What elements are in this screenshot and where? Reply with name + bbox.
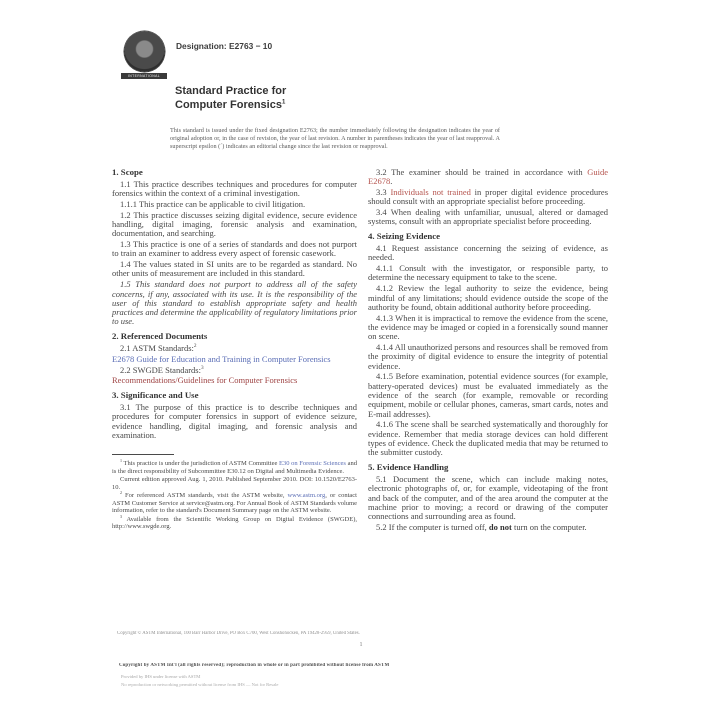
copyright-line: Copyright © ASTM International, 100 Barr… [117, 631, 457, 636]
document-page: INTERNATIONAL Designation: E2763 − 10 St… [0, 0, 722, 722]
paragraph-1-5: 1.5 This standard does not purport to ad… [112, 280, 357, 326]
footnote-2-text: For referenced ASTM standards, visit the… [122, 492, 287, 499]
paragraph-5-2: 5.2 If the computer is turned off, do no… [368, 523, 608, 532]
paragraph-5-2-text: 5.2 If the computer is turned off, [376, 522, 489, 532]
section-4-heading: 4. Seizing Evidence [368, 232, 608, 241]
title-line-2: Computer Forensics [175, 99, 282, 111]
paragraph-2-1: 2.1 ASTM Standards:2 [112, 344, 357, 353]
section-2-heading: 2. Referenced Documents [112, 332, 357, 341]
section-5-heading: 5. Evidence Handling [368, 463, 608, 472]
swgde-guidelines-link[interactable]: Recommendations/Guidelines for Computer … [112, 375, 297, 385]
footnote-3: 3 Available from the Scientific Working … [112, 516, 357, 531]
paragraph-4-1-6: 4.1.6 The scene shall be searched system… [368, 420, 608, 457]
footnote-2: 2 For referenced ASTM standards, visit t… [112, 492, 357, 514]
license-stamp-line-3: No reproduction or networking permitted … [121, 682, 461, 687]
paragraph-1-1-1: 1.1.1 This practice can be applicable to… [112, 200, 357, 209]
paragraph-5-2-emphasis: do not [489, 522, 512, 532]
paragraph-3-2-text: 3.2 The examiner should be trained in ac… [376, 167, 587, 177]
paragraph-3-3: 3.3 Individuals not trained in proper di… [368, 188, 608, 207]
paragraph-4-1-2: 4.1.2 Review the legal authority to seiz… [368, 284, 608, 312]
title-line-1: Standard Practice for [175, 85, 286, 97]
footnote-1: 1 This practice is under the jurisdictio… [112, 460, 357, 475]
paragraph-4-1-1: 4.1.1 Consult with the investigator, or … [368, 264, 608, 283]
license-stamp-line-2: Provided by IHS under license with ASTM [121, 674, 451, 679]
paragraph-5-1: 5.1 Document the scene, which can includ… [368, 475, 608, 521]
right-column: 3.2 The examiner should be trained in ac… [368, 168, 608, 534]
footnote-3-text: Available from the Scientific Working Gr… [112, 516, 357, 530]
title-footnote-marker: 1 [282, 99, 285, 105]
footnote-separator-rule [112, 454, 174, 455]
footnote-2-marker: 2 [194, 343, 197, 349]
section-1-heading: 1. Scope [112, 168, 357, 177]
footnote-1-edition: Current edition approved Aug. 1, 2010. P… [112, 476, 357, 491]
page-number: 1 [0, 642, 722, 648]
paragraph-4-1: 4.1 Request assistance concerning the se… [368, 244, 608, 263]
swgde-reference-item: Recommendations/Guidelines for Computer … [112, 376, 357, 385]
standard-disclaimer: This standard is issued under the fixed … [170, 127, 500, 151]
paragraph-3-4: 3.4 When dealing with unfamiliar, unusua… [368, 208, 608, 227]
paragraph-4-1-5: 4.1.5 Before examination, potential evid… [368, 372, 608, 418]
left-column: 1. Scope 1.1 This practice describes tec… [112, 168, 357, 532]
paragraph-4-1-3: 4.1.3 When it is impractical to remove t… [368, 314, 608, 342]
paragraph-1-1: 1.1 This practice describes techniques a… [112, 180, 357, 199]
paragraph-1-2: 1.2 This practice discusses seizing digi… [112, 211, 357, 239]
footnote-1-text: This practice is under the jurisdiction … [122, 460, 279, 467]
referenced-standard-item: E2678 Guide for Education and Training i… [112, 355, 357, 364]
section-3-heading: 3. Significance and Use [112, 391, 357, 400]
paragraph-1-3: 1.3 This practice is one of a series of … [112, 240, 357, 259]
astm-logo-banner: INTERNATIONAL [121, 73, 167, 79]
e2678-standard-link[interactable]: E2678 Guide for Education and Training i… [112, 354, 331, 364]
paragraph-3-1: 3.1 The purpose of this practice is to d… [112, 403, 357, 440]
paragraph-3-2-end: . [390, 176, 392, 186]
paragraph-2-2-text: 2.2 SWGDE Standards: [120, 365, 201, 375]
paragraph-2-1-text: 2.1 ASTM Standards: [120, 343, 194, 353]
committee-e30-link[interactable]: E30 on Forensic Sciences [279, 460, 346, 467]
paragraph-3-2: 3.2 The examiner should be trained in ac… [368, 168, 608, 187]
license-stamp-line-1: Copyright by ASTM Int'l (all rights rese… [119, 663, 435, 668]
designation-line: Designation: E2763 − 10 [176, 41, 272, 51]
paragraph-2-2: 2.2 SWGDE Standards:3 [112, 366, 357, 375]
astm-logo: INTERNATIONAL [122, 31, 166, 81]
paragraph-5-2-end: turn on the computer. [512, 522, 587, 532]
astm-seal-icon [124, 31, 165, 72]
document-title: Standard Practice for Computer Forensics… [175, 85, 286, 112]
paragraph-1-4: 1.4 The values stated in SI units are to… [112, 260, 357, 279]
paragraph-4-1-4: 4.1.4 All unauthorized persons and resou… [368, 343, 608, 371]
astm-website-link[interactable]: www.astm.org [287, 492, 325, 499]
footnote-3-marker: 3 [201, 365, 204, 371]
